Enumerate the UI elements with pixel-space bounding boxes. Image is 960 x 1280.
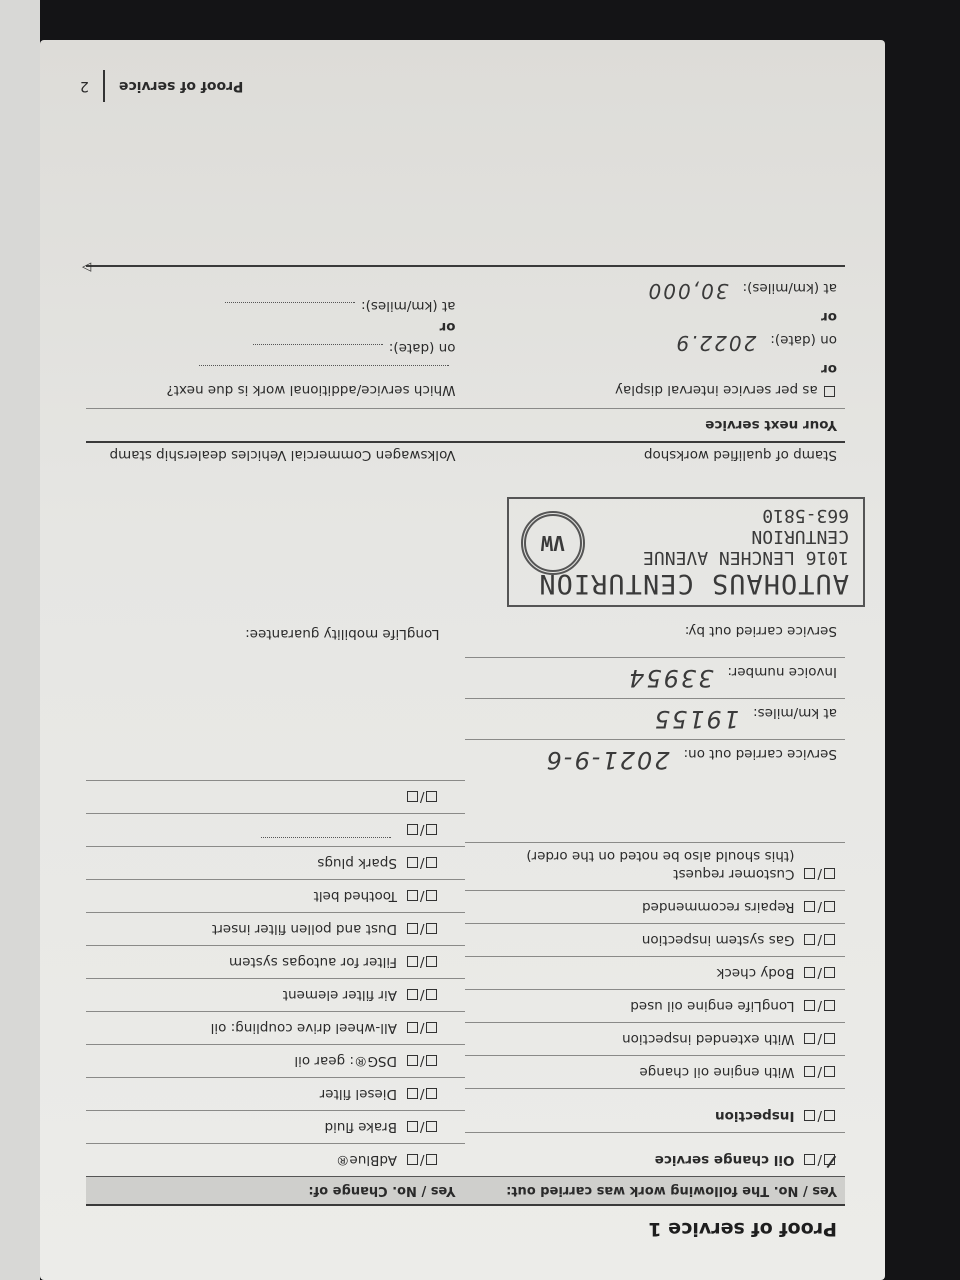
yes-no-checkbox[interactable]: / bbox=[802, 1064, 837, 1080]
next-service-section: as per service interval display or on (d… bbox=[86, 265, 845, 408]
yes-no-checkbox[interactable]: / bbox=[405, 1020, 440, 1036]
no-checkbox[interactable] bbox=[804, 968, 815, 979]
service-record-form: Proof of service 1 Yes / No. The followi… bbox=[86, 265, 845, 1246]
item-label: Air filter element bbox=[283, 987, 397, 1003]
yes-checkbox[interactable] bbox=[427, 924, 438, 935]
dealer-stamp: AUTOHAUS CENTURION 1016 LENCHEN AVENUE C… bbox=[507, 497, 865, 607]
next-date-field-right[interactable]: on (date): bbox=[94, 337, 456, 358]
item-label: Spark plugs bbox=[317, 855, 397, 871]
change_items-item[interactable]: /Filter for autogas system bbox=[86, 945, 466, 978]
service-date-value: 2021-9-6 bbox=[545, 746, 670, 774]
item-label: AdBlue® bbox=[336, 1152, 397, 1168]
change_items-item[interactable]: /Toothed belt bbox=[86, 879, 466, 912]
no-checkbox[interactable] bbox=[804, 1067, 815, 1078]
no-checkbox[interactable] bbox=[407, 990, 418, 1001]
no-checkbox[interactable] bbox=[407, 1023, 418, 1034]
no-checkbox[interactable] bbox=[804, 935, 815, 946]
no-checkbox[interactable] bbox=[407, 1122, 418, 1133]
yes-no-checkbox[interactable]: / bbox=[802, 965, 837, 981]
work_items-item[interactable]: /Gas system inspection bbox=[466, 923, 846, 956]
yes-checkbox[interactable] bbox=[427, 990, 438, 1001]
item-label: Oil change service bbox=[655, 1152, 795, 1168]
yes-checkbox[interactable] bbox=[427, 1155, 438, 1166]
change_items-item[interactable]: / bbox=[86, 780, 466, 813]
invoice-value: 33954 bbox=[627, 664, 713, 692]
checklist-grid: /Oil change service/Inspection/With engi… bbox=[86, 780, 845, 1176]
change_items-item[interactable]: /Brake fluid bbox=[86, 1110, 466, 1143]
yes-no-checkbox[interactable]: / bbox=[802, 932, 837, 948]
work_items-item[interactable]: /Body check bbox=[466, 956, 846, 989]
item-label: Body check bbox=[717, 965, 795, 981]
yes-no-checkbox[interactable]: / bbox=[405, 822, 440, 838]
km-field[interactable]: at km/miles: 19155 bbox=[466, 698, 846, 739]
carried-by-field[interactable]: Service carried out by: bbox=[466, 617, 846, 657]
no-checkbox[interactable] bbox=[407, 891, 418, 902]
yes-checkbox[interactable] bbox=[427, 1023, 438, 1034]
yes-no-checkbox[interactable]: / bbox=[405, 921, 440, 937]
item-label: Repairs recommended bbox=[642, 899, 794, 915]
yes-checkbox[interactable] bbox=[427, 891, 438, 902]
no-checkbox[interactable] bbox=[407, 924, 418, 935]
item-label: Dust and pollen filter insert bbox=[212, 921, 397, 937]
change_items-item[interactable]: /AdBlue® bbox=[86, 1143, 466, 1176]
yes-no-checkbox[interactable]: / bbox=[802, 1031, 837, 1047]
work-carried-out-list: /Oil change service/Inspection/With engi… bbox=[466, 780, 846, 1176]
yes-checkbox[interactable] bbox=[824, 869, 835, 880]
item-label: Diesel filter bbox=[320, 1086, 397, 1102]
change_items-item[interactable]: /DSG®: gear oil bbox=[86, 1044, 466, 1077]
no-checkbox[interactable] bbox=[804, 902, 815, 913]
item-label: Inspection bbox=[715, 1108, 794, 1124]
no-checkbox[interactable] bbox=[407, 825, 418, 836]
work_items-item[interactable]: /With engine oil change bbox=[466, 1055, 846, 1088]
item-label: Filter for autogas system bbox=[229, 954, 397, 970]
yes-checkbox[interactable] bbox=[427, 1089, 438, 1100]
yes-no-checkbox[interactable]: / bbox=[405, 987, 440, 1003]
change-of-list: /AdBlue®/Brake fluid/Diesel filter/DSG®:… bbox=[86, 780, 466, 1176]
yes-no-checkbox[interactable]: / bbox=[802, 866, 837, 882]
item-label: With engine oil change bbox=[639, 1064, 794, 1080]
no-checkbox[interactable] bbox=[407, 858, 418, 869]
yes-checkbox[interactable] bbox=[824, 935, 835, 946]
page-title: Proof of service 1 bbox=[86, 1218, 837, 1240]
change_items-item[interactable]: /Spark plugs bbox=[86, 846, 466, 879]
change_items-item[interactable]: /Air filter element bbox=[86, 978, 466, 1011]
background-adjacent-page bbox=[0, 0, 40, 1280]
change_items-item[interactable]: /Diesel filter bbox=[86, 1077, 466, 1110]
yes-no-checkbox[interactable]: / bbox=[802, 1152, 837, 1168]
yes-no-checkbox[interactable]: / bbox=[405, 1086, 440, 1102]
yes-no-checkbox[interactable]: / bbox=[405, 954, 440, 970]
blank-field[interactable] bbox=[261, 837, 391, 838]
yes-checkbox[interactable] bbox=[824, 1155, 835, 1166]
item-label: LongLife engine oil used bbox=[630, 998, 794, 1014]
change_items-item[interactable]: /All-wheel drive coupling: oil bbox=[86, 1011, 466, 1044]
yes-no-checkbox[interactable]: / bbox=[802, 998, 837, 1014]
km-value: 19155 bbox=[653, 705, 739, 733]
yes-no-checkbox[interactable]: / bbox=[405, 888, 440, 904]
yes-checkbox[interactable] bbox=[427, 1056, 438, 1067]
yes-no-checkbox[interactable]: / bbox=[405, 1053, 440, 1069]
yes-checkbox[interactable] bbox=[824, 1111, 835, 1122]
yes-checkbox[interactable] bbox=[427, 792, 438, 803]
document-page: Proof of service 1 Yes / No. The followi… bbox=[40, 40, 885, 1280]
item-label: With extended inspection bbox=[622, 1031, 794, 1047]
footer-section-title: Proof of service bbox=[119, 78, 243, 94]
no-checkbox[interactable] bbox=[407, 1155, 418, 1166]
stamp-labels: Stamp of qualified workshop Volkswagen C… bbox=[86, 441, 845, 463]
header-change-of: Yes / No. Change of: bbox=[94, 1183, 476, 1198]
no-checkbox[interactable] bbox=[804, 1001, 815, 1012]
no-checkbox[interactable] bbox=[804, 1155, 815, 1166]
no-checkbox[interactable] bbox=[407, 1056, 418, 1067]
yes-no-checkbox[interactable]: / bbox=[802, 899, 837, 915]
service-fields: Service carried out on: 2021-9-6 at km/m… bbox=[86, 617, 845, 780]
item-label: All-wheel drive coupling: oil bbox=[211, 1020, 397, 1036]
yes-checkbox[interactable] bbox=[427, 1122, 438, 1133]
yes-checkbox[interactable] bbox=[427, 825, 438, 836]
stamp-area: AUTOHAUS CENTURION 1016 LENCHEN AVENUE C… bbox=[86, 463, 845, 613]
yes-checkbox[interactable] bbox=[824, 902, 835, 913]
yes-checkbox[interactable] bbox=[824, 1034, 835, 1045]
change_items-item[interactable]: /Dust and pollen filter insert bbox=[86, 912, 466, 945]
yes-checkbox[interactable] bbox=[427, 957, 438, 968]
next-km-field-right[interactable]: at (km/miles): bbox=[94, 295, 456, 316]
yes-no-checkbox[interactable]: / bbox=[802, 1108, 837, 1124]
yes-checkbox[interactable] bbox=[824, 1001, 835, 1012]
no-checkbox[interactable] bbox=[407, 792, 418, 803]
no-checkbox[interactable] bbox=[804, 869, 815, 880]
yes-no-checkbox[interactable]: / bbox=[405, 789, 440, 805]
work_items-item[interactable]: /LongLife engine oil used bbox=[466, 989, 846, 1022]
no-checkbox[interactable] bbox=[804, 1034, 815, 1045]
yes-checkbox[interactable] bbox=[824, 968, 835, 979]
table-header: Yes / No. The following work was carried… bbox=[86, 1176, 845, 1206]
page-footer: Proof of service 2 bbox=[80, 70, 845, 102]
work_items-item[interactable]: /Inspection bbox=[466, 1088, 846, 1132]
item-label: Customer request(this should also be not… bbox=[526, 847, 794, 882]
item-label: Gas system inspection bbox=[642, 932, 795, 948]
next-service-heading: Your next service bbox=[86, 408, 845, 441]
item-label: Toothed belt bbox=[314, 888, 397, 904]
checkbox[interactable] bbox=[824, 386, 835, 397]
no-checkbox[interactable] bbox=[407, 1089, 418, 1100]
item-label: Brake fluid bbox=[325, 1119, 397, 1135]
work_items-item[interactable]: /Oil change service bbox=[466, 1132, 846, 1176]
yes-no-checkbox[interactable]: / bbox=[405, 855, 440, 871]
yes-checkbox[interactable] bbox=[427, 858, 438, 869]
next-km-field[interactable]: at (km/miles):30,000 bbox=[476, 275, 838, 306]
page-number: 2 bbox=[80, 78, 89, 94]
invoice-field[interactable]: Invoice number: 33954 bbox=[466, 657, 846, 698]
yes-no-checkbox[interactable]: / bbox=[405, 1119, 440, 1135]
service-date-field[interactable]: Service carried out on: 2021-9-6 bbox=[466, 739, 846, 780]
longlife-guarantee-field[interactable]: LongLife mobility guarantee: bbox=[86, 620, 466, 780]
next-date-field[interactable]: on (date):2022.9 bbox=[476, 327, 838, 358]
item-label: DSG®: gear oil bbox=[294, 1053, 397, 1069]
yes-checkbox[interactable] bbox=[824, 1067, 835, 1078]
continue-arrow-icon: ▷ bbox=[82, 261, 91, 275]
vw-logo-icon: VW bbox=[521, 511, 585, 575]
no-checkbox[interactable] bbox=[804, 1111, 815, 1122]
work_items-item[interactable]: /With extended inspection bbox=[466, 1022, 846, 1055]
next-work-field[interactable] bbox=[200, 365, 450, 366]
work_items-item[interactable]: /Customer request(this should also be no… bbox=[466, 842, 846, 890]
work_items-item[interactable]: /Repairs recommended bbox=[466, 890, 846, 923]
interval-display-option[interactable]: as per service interval display bbox=[476, 379, 838, 400]
header-work-carried-out: Yes / No. The following work was carried… bbox=[476, 1183, 838, 1198]
no-checkbox[interactable] bbox=[407, 957, 418, 968]
change_items-item[interactable]: / bbox=[86, 813, 466, 846]
yes-no-checkbox[interactable]: / bbox=[405, 1152, 440, 1168]
